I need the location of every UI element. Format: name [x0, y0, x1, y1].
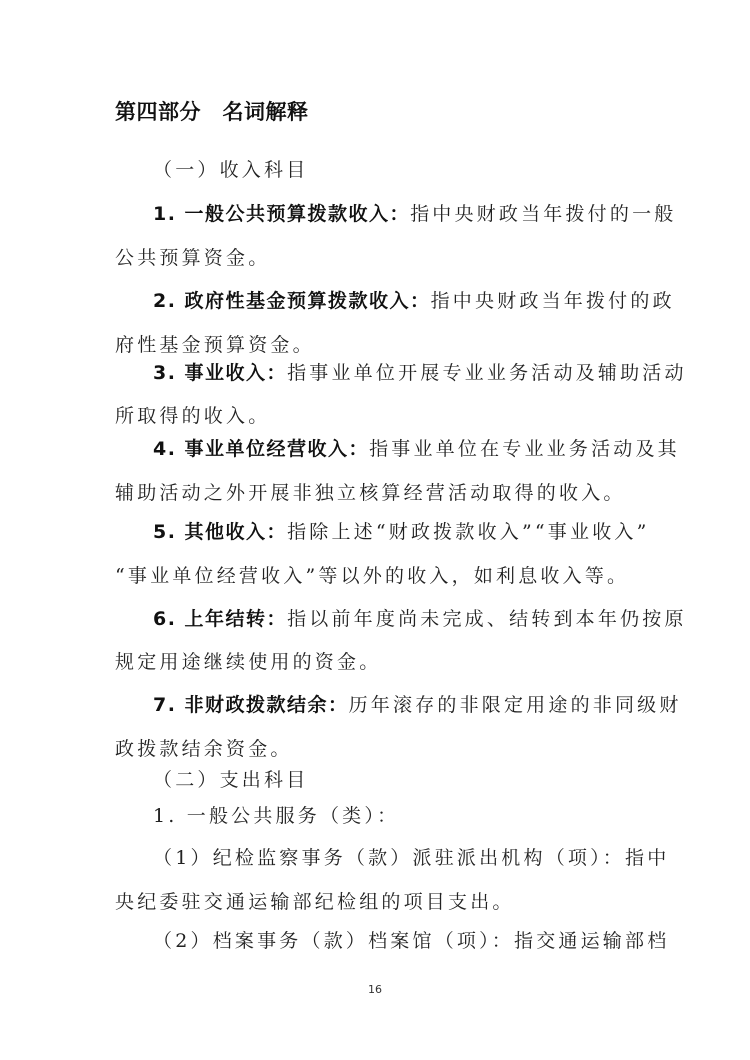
definition: 历年滚存的非限定用途的非同级财	[349, 694, 682, 716]
income-item-4: 4. 事业单位经营收入：指事业单位在专业业务活动及其	[153, 437, 635, 461]
income-item-2: 2. 政府性基金预算拨款收入：指中央财政当年拨付的政	[153, 289, 635, 313]
income-item-6-cont: 规定用途继续使用的资金。	[115, 650, 635, 674]
term: 4. 事业单位经营收入：	[153, 438, 369, 460]
definition: 指事业单位在专业业务活动及其	[369, 438, 680, 460]
section-title-expenditure: （二）支出科目	[153, 768, 635, 792]
page-number: 16	[0, 983, 750, 996]
term: 3. 事业收入：	[153, 362, 287, 384]
definition: 指中央财政当年拨付的一般	[410, 203, 676, 225]
definition: 指事业单位开展专业业务活动及辅助活动	[287, 362, 687, 384]
term: 6. 上年结转：	[153, 608, 287, 630]
section-title-income: （一）收入科目	[153, 158, 635, 182]
part-heading: 第四部分 名词解释	[115, 96, 309, 126]
term: 1. 一般公共预算拨款收入：	[153, 203, 410, 225]
expenditure-item-1-cont: 央纪委驻交通运输部纪检组的项目支出。	[115, 890, 635, 914]
income-item-4-cont: 辅助活动之外开展非独立核算经营活动取得的收入。	[115, 481, 635, 505]
term: 7. 非财政拨款结余：	[153, 694, 349, 716]
document-page: 第四部分 名词解释 （一）收入科目 1. 一般公共预算拨款收入：指中央财政当年拨…	[0, 0, 750, 1060]
income-item-3-cont: 所取得的收入。	[115, 404, 635, 428]
income-item-6: 6. 上年结转：指以前年度尚未完成、结转到本年仍按原	[153, 607, 635, 631]
income-item-2-cont: 府性基金预算资金。	[115, 333, 635, 357]
income-item-1: 1. 一般公共预算拨款收入：指中央财政当年拨付的一般	[153, 202, 635, 226]
expenditure-category-1: 1. 一般公共服务（类）：	[153, 804, 635, 828]
income-item-7: 7. 非财政拨款结余：历年滚存的非限定用途的非同级财	[153, 693, 635, 717]
definition: 指中央财政当年拨付的政	[431, 290, 675, 312]
definition: 指以前年度尚未完成、结转到本年仍按原	[287, 608, 687, 630]
income-item-7-cont: 政拨款结余资金。	[115, 737, 635, 761]
expenditure-item-2: （2）档案事务（款）档案馆（项）：指交通运输部档	[153, 929, 635, 953]
income-item-1-cont: 公共预算资金。	[115, 246, 635, 270]
term: 2. 政府性基金预算拨款收入：	[153, 290, 431, 312]
income-item-5: 5. 其他收入：指除上述“财政拨款收入”“事业收入”	[153, 520, 635, 544]
definition: 指除上述“财政拨款收入”“事业收入”	[287, 521, 649, 543]
income-item-3: 3. 事业收入：指事业单位开展专业业务活动及辅助活动	[153, 361, 635, 385]
income-item-5-cont: “事业单位经营收入”等以外的收入，如利息收入等。	[115, 564, 635, 588]
expenditure-item-1: （1）纪检监察事务（款）派驻派出机构（项）：指中	[153, 846, 635, 870]
term: 5. 其他收入：	[153, 521, 287, 543]
